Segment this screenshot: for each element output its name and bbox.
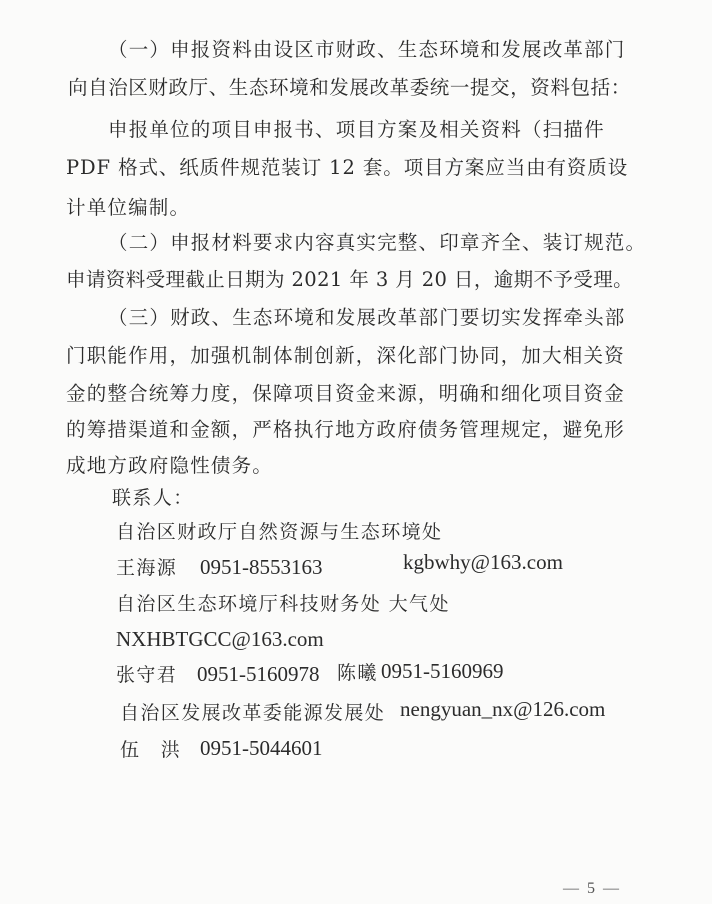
development-dept: 自治区发展改革委能源发展处 [120, 701, 385, 725]
paragraph-1-line-1: （一）申报资料由设区市财政、生态环境和发展改革部门 [108, 38, 626, 62]
finance-contact-phone: 0951-8553163 [200, 555, 323, 579]
paragraph-4-line-3: 金的整合统筹力度，保障项目资金来源，明确和细化项目资金 [66, 382, 625, 406]
paragraph-4-line-5: 成地方政府隐性债务。 [66, 454, 273, 478]
ecology-contact-2-name: 陈曦 [337, 661, 378, 685]
finance-contact-name: 王海源 [116, 556, 177, 580]
development-email[interactable]: nengyuan_nx@126.com [400, 697, 605, 721]
contacts-heading: 联系人： [112, 486, 194, 510]
finance-contact-email[interactable]: kgbwhy@163.com [403, 550, 563, 574]
ecology-contact-1-name: 张守君 [116, 663, 177, 687]
paragraph-4-line-4: 的筹措渠道和金额，严格执行地方政府债务管理规定，避免形 [66, 418, 625, 442]
finance-dept: 自治区财政厅自然资源与生态环境处 [116, 520, 442, 544]
ecology-contact-1-phone: 0951-5160978 [197, 662, 320, 686]
ecology-contact-2-phone: 0951-5160969 [381, 659, 504, 683]
page-number: — 5 — [563, 880, 621, 898]
paragraph-3-line-1: （二）申报材料要求内容真实完整、印章齐全、装订规范。 [108, 231, 646, 255]
development-contact-name: 伍 洪 [120, 738, 181, 762]
paragraph-3-line-2: 申请资料受理截止日期为 2021 年 3 月 20 日，逾期不予受理。 [66, 268, 633, 292]
paragraph-4-line-2: 门职能作用，加强机制体制创新，深化部门协同，加大相关资 [66, 344, 625, 368]
paragraph-2-line-3: 计单位编制。 [66, 196, 190, 220]
development-contact-phone: 0951-5044601 [200, 736, 323, 760]
ecology-dept: 自治区生态环境厅科技财务处 大气处 [116, 592, 450, 616]
paragraph-2-line-1: 申报单位的项目申报书、项目方案及相关资料（扫描件 [108, 118, 605, 142]
paragraph-1-line-2: 向自治区财政厅、生态环境和发展改革委统一提交，资料包括： [68, 76, 631, 100]
paragraph-4-line-1: （三）财政、生态环境和发展改革部门要切实发挥牵头部 [108, 306, 626, 330]
ecology-email[interactable]: NXHBTGCC@163.com [116, 627, 324, 651]
paragraph-2-line-2: PDF 格式、纸质件规范装订 12 套。项目方案应当由有资质设 [66, 156, 628, 180]
